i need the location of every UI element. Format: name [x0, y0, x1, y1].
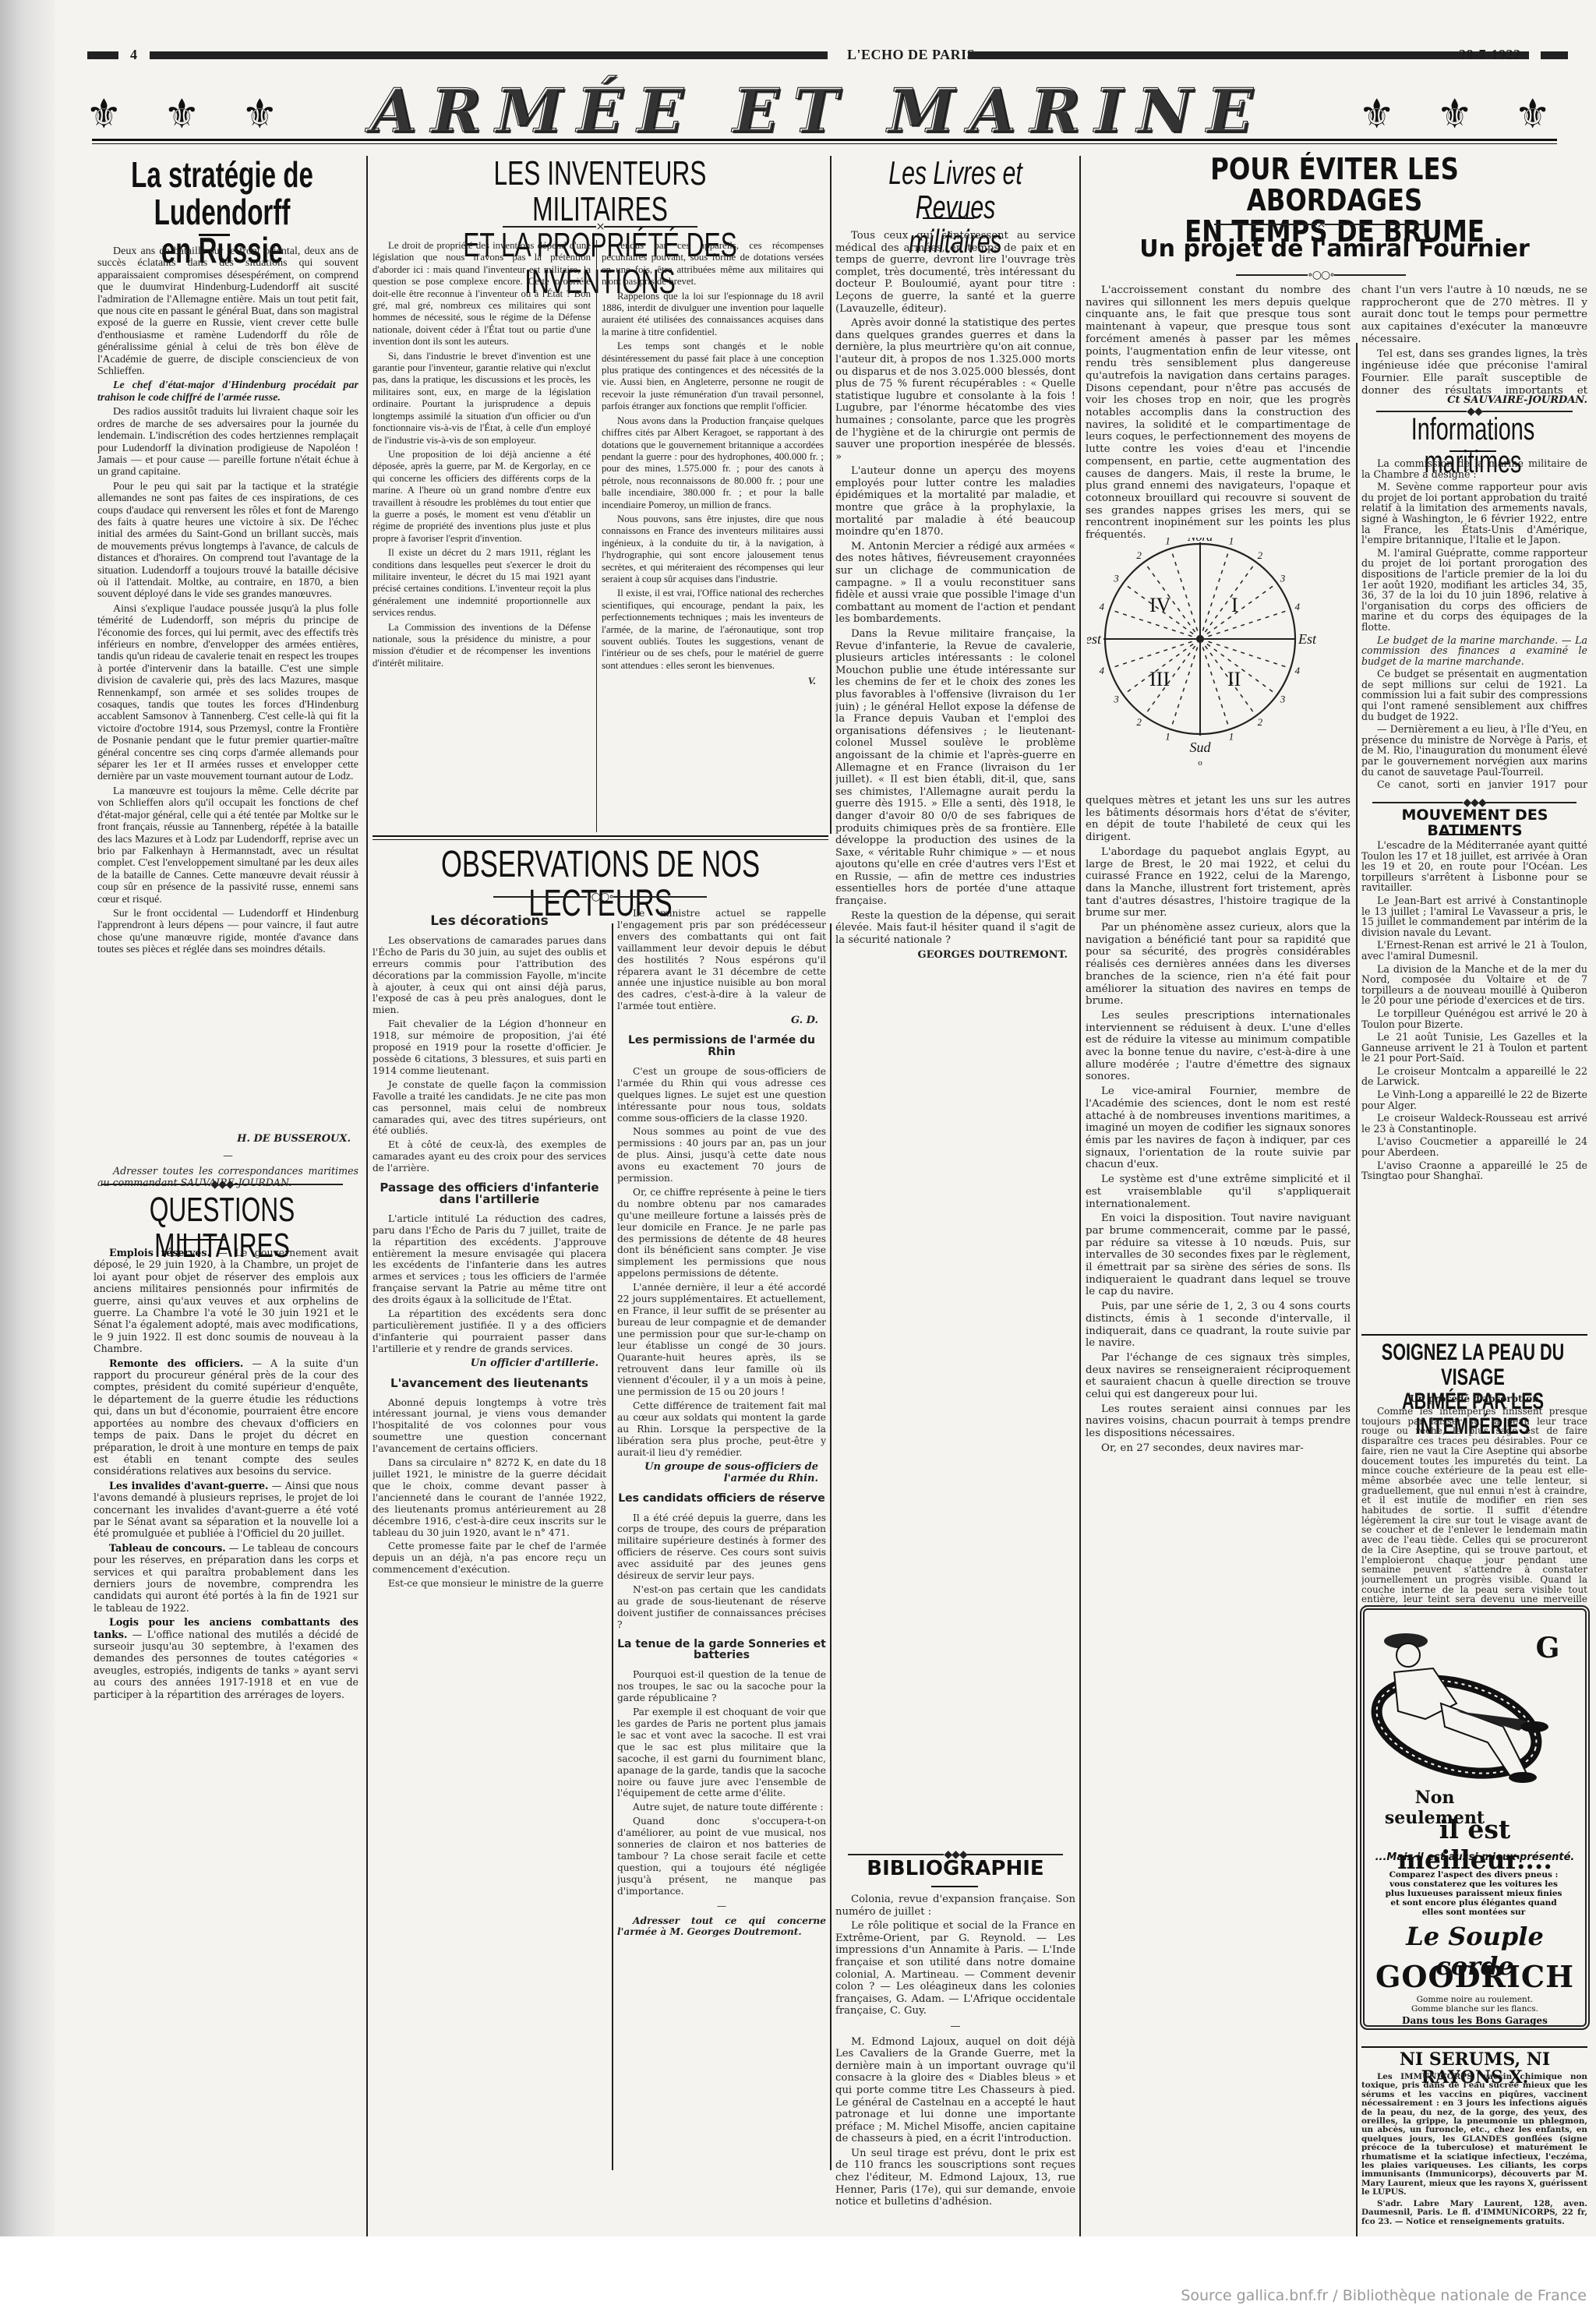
- section-rule: [373, 835, 828, 837]
- svg-text:2: 2: [1258, 549, 1263, 561]
- paragraph-text: — Le gouvernement avait déposé, le 29 ju…: [94, 1247, 358, 1354]
- title-line: La stratégie de Ludendorff: [118, 156, 326, 231]
- subsection-title: Les décorations: [373, 916, 606, 927]
- author-signature: Un groupe de sous-officiers de l'armée d…: [617, 1462, 818, 1485]
- author-signature: GEORGES DOUTREMONT.: [835, 949, 1068, 962]
- paragraph: Tous ceux qui s'intéressent au service m…: [835, 230, 1075, 315]
- svg-text:3: 3: [1280, 694, 1286, 705]
- title-line: LES INVENTEURS MILITAIRES: [437, 156, 763, 228]
- title-line: SOIGNEZ LA PEAU DU VISAGE: [1378, 1340, 1569, 1389]
- paragraph: Colonia, revue d'expansion française. So…: [835, 1894, 1075, 1918]
- article-subtitle-abordages: Un projet de l'amiral Fournier: [1083, 235, 1586, 263]
- folio-rule: [150, 51, 828, 59]
- issue-date: 28-7-1922: [1459, 47, 1521, 63]
- paragraph: Les observations de camarades parues dan…: [373, 935, 606, 1016]
- ornamental-rule: ×: [483, 221, 717, 233]
- folio-rule: [968, 51, 1529, 59]
- paragraph: Le Vinh-Long a appareillé le 22 de Bizer…: [1361, 1089, 1587, 1110]
- svg-text:3: 3: [1113, 572, 1119, 584]
- observations-col2: Le ministre actuel se rappelle l'engagem…: [617, 908, 826, 2170]
- paragraph: Comme les intempéries finissent presque …: [1361, 1407, 1587, 1609]
- section-rule: [373, 839, 828, 840]
- svg-text:4: 4: [1099, 601, 1104, 612]
- fleur-de-lis-icon: ⚜: [86, 91, 122, 138]
- svg-text:2: 2: [1258, 716, 1263, 728]
- column-divider: [596, 240, 597, 832]
- fleur-de-lis-icon: ⚜: [1358, 91, 1395, 138]
- article-body-questions-militaires: Emplois réservés. — Le gouvernement avai…: [94, 1247, 358, 2182]
- paragraph: La manœuvre est toujours la même. Celle …: [97, 785, 358, 905]
- paragraph: Deux ans de bataille sur le front orient…: [97, 245, 358, 377]
- subsection-title: L'avancement des lieutenants: [373, 1378, 606, 1389]
- paragraph: Nous avons dans la Production française …: [602, 415, 824, 511]
- paragraph: Le 21 août Tunisie, Les Gazelles et la G…: [1361, 1032, 1587, 1064]
- author-signature: H. DE BUSSEROUX.: [97, 1133, 351, 1145]
- scan-margin-shadow: [0, 0, 55, 2236]
- paragraph: Le budget de la marine marchande. — La c…: [1361, 635, 1587, 667]
- observations-col1: Les décorations Les observations de cama…: [373, 908, 606, 2170]
- fleur-de-lis-icon: ⚜: [1514, 91, 1551, 138]
- paragraph: chant l'un vers l'autre à 10 nœuds, ne s…: [1361, 284, 1587, 346]
- paragraph: Et à côté de ceux-là, des exemples de ca…: [373, 1139, 606, 1174]
- paragraph: La division de la Manche et de la mer du…: [1361, 964, 1587, 1006]
- spacer: [94, 1703, 358, 2182]
- ornamental-rule: ×: [1192, 218, 1449, 231]
- paragraph: La répartition des excédents sera donc p…: [373, 1308, 606, 1355]
- svg-text:4: 4: [1099, 665, 1104, 676]
- paragraph: Remonte des officiers. — A la suite d'un…: [94, 1357, 358, 1477]
- paragraph: Pour le peu qui sait par la tactique et …: [97, 481, 358, 601]
- paragraph: Le vice-amiral Fournier, membre de l'Aca…: [1086, 1085, 1351, 1171]
- folio-bar: 4 L'ECHO DE PARIS 28-7-1922: [87, 45, 1568, 69]
- subsection-title: Passage des officiers d'infanterie dans …: [373, 1182, 606, 1205]
- abordages-col1-top: L'accroissement constant du nombre des n…: [1086, 284, 1351, 542]
- ad-brand: GOODRICH: [1365, 1959, 1585, 1994]
- paragraph: Les seules prescriptions internationales…: [1086, 1010, 1351, 1083]
- svg-text:1: 1: [1229, 538, 1234, 546]
- section-title: ARMÉE ET MARINE: [78, 74, 1559, 146]
- masthead-rule: [92, 143, 1557, 144]
- ad-feature: Gomme noire au roulement. Gomme blanche …: [1365, 1995, 1585, 2014]
- article-title-bibliographie: BIBLIOGRAPHIE: [835, 1858, 1075, 1880]
- paragraph: Autre sujet, de nature toute différente …: [617, 1802, 826, 1813]
- svg-text:2: 2: [1136, 549, 1142, 561]
- paragraph: Puis, par une série de 1, 2, 3 ou 4 sons…: [1086, 1301, 1351, 1350]
- paragraph: Les temps sont changés et le noble désin…: [602, 341, 824, 412]
- paragraph: Les invalides d'avant-guerre. — Ainsi qu…: [94, 1480, 358, 1540]
- paragraph: La Commission des inventions de la Défen…: [373, 622, 591, 670]
- paragraph: Par exemple il est choquant de voir que …: [617, 1707, 826, 1799]
- svg-text:2: 2: [1136, 716, 1142, 728]
- ad-body: Comparez l'aspect des divers pneus : vou…: [1380, 1870, 1567, 1917]
- paragraph: Le système est d'une extrême simplicité …: [1086, 1174, 1351, 1210]
- paragraph-lead: Remonte des officiers.: [109, 1357, 243, 1369]
- paragraph: Or, ce chiffre représente à peine le tie…: [617, 1187, 826, 1280]
- source-credit: Source gallica.bnf.fr / Bibliothèque nat…: [1181, 2287, 1587, 2304]
- compass-east-label: Est: [1298, 631, 1317, 647]
- paragraph: Il existe, il est vrai, l'Office nationa…: [602, 588, 824, 672]
- paragraph: Abonné depuis longtemps à votre très int…: [373, 1397, 606, 1456]
- svg-text:4: 4: [1295, 665, 1301, 676]
- abordages-col1-bottom: quelques mètres et jetant les uns sur le…: [1086, 795, 1351, 2236]
- fleur-de-lis-icon: ⚜: [164, 91, 200, 138]
- ad-subtitle-peau: Un procédé d'absorption: [1361, 1393, 1587, 1404]
- paragraph: Des radios aussitôt traduits lui livraie…: [97, 406, 358, 478]
- paragraph: Si, dans l'industrie le brevet d'inventi…: [373, 351, 591, 447]
- ad-address: S'adr. Labre Mary Laurent, 128, aven. Da…: [1361, 2200, 1587, 2226]
- article-body-bibliographie: Colonia, revue d'expansion française. So…: [835, 1894, 1075, 2236]
- paragraph: N'est-on pas certain que les candidats a…: [617, 1584, 826, 1631]
- ad-tagline: ...Mais il est aussi mieux présenté.: [1365, 1851, 1585, 1863]
- folio-rule: [1541, 51, 1568, 59]
- paragraph: Le Jean-Bart est arrivé à Constantinople…: [1361, 895, 1587, 937]
- paragraph: Cette promesse faite par le chef de l'ar…: [373, 1541, 606, 1576]
- quadrant-label: III: [1149, 668, 1170, 690]
- goodrich-emblem-icon: G: [1526, 1632, 1570, 1675]
- title-underline: [179, 1239, 226, 1241]
- svg-text:3: 3: [1113, 694, 1119, 705]
- column-divider: [366, 156, 368, 2236]
- svg-text:1: 1: [1165, 731, 1171, 743]
- paragraph: rendus par ces appareils, ces récompense…: [602, 240, 824, 288]
- column-divider: [1079, 156, 1081, 2236]
- article-body-inventeurs-col1: Le droit de propriété des inventions dép…: [373, 240, 591, 832]
- column-divider: [612, 923, 613, 2170]
- paragraph: M. Edmond Lajoux, auquel on doit déjà Le…: [835, 2036, 1075, 2145]
- section-masthead: ⚜ ⚜ ⚜ ARMÉE ET MARINE ⚜ ⚜ ⚜: [78, 74, 1559, 144]
- ornamental-rule: ∘○○∘: [483, 891, 717, 903]
- masthead-rule: [92, 139, 1557, 141]
- paragraph: Ainsi s'explique l'audace poussée jusqu'…: [97, 603, 358, 783]
- quadrant-label: I: [1231, 594, 1238, 616]
- title-underline: [199, 234, 230, 236]
- article-title-abordages: POUR ÉVITER LES ABORDAGES EN TEMPS DE BR…: [1121, 154, 1548, 248]
- paragraph: Tel est, dans ses grandes lignes, la trè…: [1361, 348, 1587, 394]
- paragraph: L'article intitulé La réduction des cadr…: [373, 1213, 606, 1306]
- paragraph: L'Ernest-Renan est arrivé le 21 à Toulon…: [1361, 940, 1587, 961]
- folio-rule: [87, 51, 118, 59]
- paragraph: Par un phénomène assez curieux, alors qu…: [1086, 922, 1351, 1008]
- ad-body-serums: Les IMMUNICORPS, vaccin chimique non tox…: [1361, 2073, 1587, 2229]
- paragraph: Les IMMUNICORPS, vaccin chimique non tox…: [1361, 2073, 1587, 2197]
- column-divider: [830, 923, 832, 2170]
- paragraph: — Dernièrement a eu lieu, à l'Île d'Yeu,…: [1361, 724, 1587, 777]
- svg-text:1: 1: [1165, 538, 1171, 546]
- svg-text:4: 4: [1295, 601, 1301, 612]
- ad-body-peau: Comme les intempéries finissent presque …: [1361, 1407, 1587, 1609]
- paragraph: M. Antonin Mercier a rédigé aux armées «…: [835, 541, 1075, 626]
- svg-text:1: 1: [1229, 731, 1234, 743]
- page-number: 4: [130, 47, 138, 63]
- abordages-col2-top: chant l'un vers l'autre à 10 nœuds, ne s…: [1361, 284, 1587, 394]
- goodrich-ad: G Non seulement il est meilleur.... ...M…: [1360, 1605, 1590, 2030]
- paragraph: Logis pour les anciens combattants des t…: [94, 1616, 358, 1700]
- compass-west-label: Ouest: [1087, 631, 1102, 647]
- paragraph: Un seul tirage est prévu, dont le prix e…: [835, 2148, 1075, 2208]
- paragraph: Cette différence de traitement fait mal …: [617, 1400, 826, 1459]
- paragraph: L'aviso Craonne a appareillé le 25 de Ts…: [1361, 1160, 1587, 1181]
- section-rule: [1361, 1334, 1587, 1336]
- paragraph: L'escadre de la Méditerranée ayant quitt…: [1361, 840, 1587, 893]
- paragraph: quelques mètres et jetant les uns sur le…: [1086, 795, 1351, 844]
- paragraph: L'année dernière, il leur a été accordé …: [617, 1282, 826, 1398]
- paragraph: M. Sevène comme rapporteur pour avis du …: [1361, 482, 1587, 545]
- paragraph-text: — L'office national des mutilés a décidé…: [94, 1629, 358, 1700]
- author-signature: V.: [602, 675, 816, 687]
- ornamental-rule: ◆◆◆: [86, 1178, 358, 1191]
- article-body-ludendorff: Deux ans de bataille sur le front orient…: [97, 245, 358, 1134]
- article-body-informations: La commission de la marine militaire de …: [1361, 458, 1587, 789]
- section-rule: [1361, 2046, 1587, 2048]
- compass-north-label: Nord: [1187, 538, 1213, 544]
- quadrant-label: II: [1227, 668, 1241, 690]
- ad-feature-line: Gomme blanche sur les flancs.: [1365, 2004, 1585, 2014]
- fleur-de-lis-icon: ⚜: [242, 91, 278, 138]
- paragraph: Ce budget se présentait en augmentation …: [1361, 669, 1587, 722]
- paragraph: Pourquoi est-il question de la tenue de …: [617, 1669, 826, 1704]
- title-underline: [1449, 450, 1496, 452]
- paragraph: Une proposition de loi déjà ancienne a é…: [373, 449, 591, 545]
- paragraph: Par l'échange de ces signaux très simple…: [1086, 1352, 1351, 1401]
- paragraph: Tableau de concours. — Le tableau de con…: [94, 1542, 358, 1614]
- paragraph: C'est un groupe de sous-officiers de l'a…: [617, 1066, 826, 1124]
- paragraph: Dans la Revue militaire française, la Re…: [835, 628, 1075, 908]
- article-body-mouvement: L'escadre de la Méditerranée ayant quitt…: [1361, 840, 1587, 1323]
- paragraph: Rappelons que la loi sur l'espionnage du…: [602, 291, 824, 339]
- paragraph: Emplois réservés. — Le gouvernement avai…: [94, 1247, 358, 1355]
- paragraph: Le chef d'état-major d'Hindenburg procéd…: [97, 379, 358, 404]
- paragraph: Le rôle politique et social de la France…: [835, 1920, 1075, 2017]
- title-underline: [1442, 834, 1488, 835]
- paragraph: Reste la question de la dépense, qui ser…: [835, 910, 1075, 947]
- paragraph: Or, en 27 secondes, deux navires mar-: [1086, 1442, 1351, 1455]
- author-signature: Un officier d'artillerie.: [373, 1358, 598, 1370]
- compass-south-label: Sud: [1190, 739, 1212, 755]
- paragraph: M. l'amiral Guépratte, comme rapporteur …: [1361, 548, 1587, 633]
- short-rule: —: [97, 1149, 358, 1161]
- subsection-title: La tenue de la garde Sonneries et batter…: [617, 1639, 826, 1662]
- paragraph: Les routes seraient ainsi connues par le…: [1086, 1403, 1351, 1440]
- paragraph-lead: Emplois réservés.: [109, 1247, 210, 1258]
- paragraph: Sur le front occidental — Ludendorff et …: [97, 908, 358, 956]
- fleur-de-lis-icon: ⚜: [1436, 91, 1473, 138]
- paragraph: L'aviso Coucmetier a appareillé le 24 po…: [1361, 1136, 1587, 1157]
- paragraph: Après avoir donné la statistique des per…: [835, 317, 1075, 463]
- paragraph: Je constate de quelle façon la commissio…: [373, 1079, 606, 1138]
- short-rule: —: [835, 2021, 1075, 2033]
- paragraph: Il existe un décret du 2 mars 1911, régl…: [373, 547, 591, 619]
- newspaper-name: L'ECHO DE PARIS: [847, 47, 975, 63]
- author-signature: G. D.: [617, 1015, 818, 1027]
- paragraph: En voici la disposition. Tout navire nav…: [1086, 1212, 1351, 1298]
- ad-headline: il est meilleur....: [1365, 1814, 1585, 1875]
- paragraph: Il a été créé depuis la guerre, dans les…: [617, 1513, 826, 1582]
- paragraph: Quand donc s'occupera-t-on d'améliorer, …: [617, 1816, 826, 1897]
- paragraph: Dans sa circulaire n° 8272 K, en date du…: [373, 1457, 606, 1538]
- paragraph-lead: Tableau de concours.: [109, 1542, 226, 1554]
- ad-feature-line: Gomme noire au roulement.: [1365, 1995, 1585, 2004]
- paragraph: Est-ce que monsieur le ministre de la gu…: [373, 1578, 606, 1590]
- compass-zero-label: o: [1198, 758, 1202, 768]
- article-body-inventeurs-col2: rendus par ces appareils, ces récompense…: [602, 240, 824, 832]
- paragraph: L'abordage du paquebot anglais Egypt, au…: [1086, 846, 1351, 920]
- ad-availability: Dans tous les Bons Garages: [1365, 2015, 1585, 2026]
- article-body-livres: Tous ceux qui s'intéressent au service m…: [835, 230, 1075, 1835]
- ornamental-rule: ∘○○∘: [1231, 269, 1411, 281]
- paragraph-text: — A la suite d'un rapport du procureur g…: [94, 1357, 358, 1477]
- paragraph: Fait chevalier de la Légion d'honneur en…: [373, 1018, 606, 1077]
- paragraph: Ce canot, sorti en janvier 1917 pour por…: [1361, 779, 1587, 789]
- title-line: POUR ÉVITER LES ABORDAGES: [1121, 154, 1548, 217]
- title-line: Les Livres et Revues: [868, 156, 1043, 224]
- paragraph: La commission de la marine militaire de …: [1361, 458, 1587, 479]
- paragraph: Le droit de propriété des inventions dép…: [373, 240, 591, 348]
- paragraph: Nous sommes au point de vue des permissi…: [617, 1126, 826, 1184]
- paragraph: Le ministre actuel se rappelle l'engagem…: [617, 908, 826, 1012]
- paragraph: Le croiseur Waldeck-Rousseau est arrivé …: [1361, 1113, 1587, 1134]
- paragraph-lead: Les invalides d'avant-guerre.: [109, 1480, 268, 1491]
- title-underline: [923, 217, 974, 219]
- paragraph: Le croiseur Montcalm a appareillé le 22 …: [1361, 1066, 1587, 1087]
- paragraph: L'accroissement constant du nombre des n…: [1086, 284, 1351, 542]
- quadrant-label: IV: [1149, 594, 1171, 616]
- address-note: Adresser tout ce qui concerne l'armée à …: [617, 1915, 826, 1939]
- svg-text:3: 3: [1280, 572, 1286, 584]
- subsection-title: Les candidats officiers de réserve: [617, 1493, 826, 1505]
- paragraph: L'auteur donne un aperçu des moyens empl…: [835, 465, 1075, 538]
- author-signature: Ct SAUVAIRE-JOURDAN.: [1361, 394, 1587, 406]
- short-rule: —: [617, 1901, 826, 1912]
- compass-signal-diagram: Nord Sud o Est Ouest I II III IV 1234432…: [1087, 538, 1360, 795]
- subsection-title: Les permissions de l'armée du Rhin: [617, 1035, 826, 1058]
- paragraph: Nous pouvons, sans être injustes, dire q…: [602, 514, 824, 585]
- paragraph: Le torpilleur Quénégou est arrivé le 20 …: [1361, 1008, 1587, 1029]
- column-divider: [830, 156, 832, 834]
- title-underline: [931, 1886, 978, 1887]
